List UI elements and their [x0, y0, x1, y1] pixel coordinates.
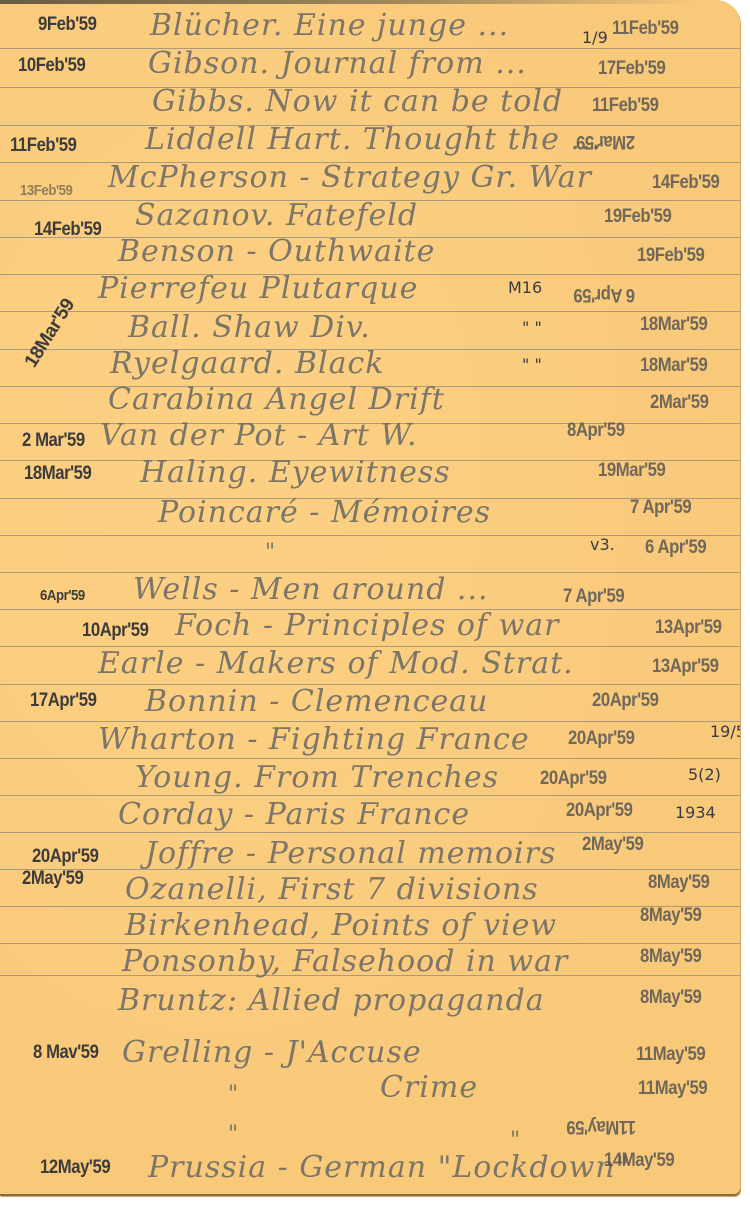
date-stamp: 2 Mar'59	[22, 430, 85, 452]
ditto-mark: "	[265, 540, 276, 565]
handwritten-entry: Van der Pot - Art W.	[100, 418, 418, 453]
date-stamp: 2May'59	[582, 834, 643, 856]
handwritten-entry: Ponsonby, Falsehood in war	[122, 944, 568, 979]
date-stamp: 12May'59	[40, 1157, 110, 1179]
date-stamp: 20Apr'59	[592, 690, 658, 712]
date-stamp: 11Feb'59	[612, 18, 678, 40]
date-stamp: 2Mar'59	[576, 130, 635, 152]
date-stamp: 7 Apr'59	[563, 586, 624, 608]
date-stamp: 8 Mav'59	[33, 1042, 99, 1064]
handwritten-entry: Corday - Paris France	[118, 797, 470, 832]
date-stamp: 14Feb'59	[652, 172, 719, 194]
date-stamp: 18Mar'59	[640, 355, 707, 377]
date-stamp: 11Feb'59	[10, 135, 76, 157]
date-stamp: 8Apr'59	[567, 420, 625, 442]
card-top-edge	[0, 0, 700, 4]
handwritten-entry: Blücher. Eine junge ...	[150, 8, 509, 43]
date-stamp: 19Feb'59	[604, 206, 671, 228]
margin-note: M16	[508, 278, 542, 297]
date-stamp: 8May'59	[640, 987, 701, 1009]
date-stamp: 11May'59	[636, 1044, 705, 1066]
handwritten-entry: Haling. Eyewitness	[140, 455, 451, 490]
date-stamp: 8May'59	[648, 872, 709, 894]
handwritten-entry: McPherson - Strategy Gr. War	[108, 160, 592, 195]
date-stamp: 6 Apr'59	[645, 537, 706, 559]
ditto-mark: "	[228, 1122, 239, 1147]
date-stamp: 17Feb'59	[598, 58, 665, 80]
handwritten-entry: Carabina Angel Drift	[108, 382, 445, 417]
date-stamp: 18Mar'59	[24, 463, 91, 485]
handwritten-entry: Birkenhead, Points of view	[125, 908, 557, 943]
date-stamp: 13Apr'59	[655, 617, 721, 639]
handwritten-entry: Gibson. Journal from ...	[148, 46, 527, 81]
handwritten-entry: Wharton - Fighting France	[98, 722, 530, 757]
date-stamp: 8May'59	[640, 946, 701, 968]
date-stamp: 8May'59	[640, 905, 701, 927]
date-stamp: 11May'59	[638, 1078, 707, 1100]
margin-note: v3.	[590, 535, 615, 554]
ditto-mark: "	[228, 1082, 239, 1107]
handwritten-entry: Gibbs. Now it can be told	[152, 84, 563, 119]
date-stamp: 14May'59	[604, 1150, 674, 1172]
handwritten-entry: Foch - Principles of war	[175, 608, 560, 643]
margin-note: 1934	[675, 803, 716, 822]
date-stamp: 10Feb'59	[18, 55, 85, 77]
handwritten-entry: Ball. Shaw Div.	[128, 310, 371, 345]
date-stamp: 13Apr'59	[652, 656, 718, 678]
date-stamp: 20Apr'59	[540, 768, 606, 790]
library-card: 9Feb'5910Feb'5911Feb'5913Feb'5914Feb'591…	[0, 0, 740, 1196]
handwritten-entry: Ozanelli, First 7 divisions	[125, 872, 539, 907]
date-stamp: 18Mar'59	[640, 314, 707, 336]
date-stamp: 7 Apr'59	[630, 497, 691, 519]
handwritten-entry: Sazanov. Fatefeld	[135, 198, 418, 233]
handwritten-entry: Ryelgaard. Black	[110, 346, 384, 381]
date-stamp: 17Apr'59	[30, 690, 96, 712]
handwritten-entry: Prussia - German "Lockdown"	[148, 1150, 630, 1185]
handwritten-entry: Grelling - J'Accuse	[122, 1035, 422, 1070]
handwritten-entry: Liddell Hart. Thought the ...	[145, 122, 602, 157]
date-stamp: 19Feb'59	[637, 245, 704, 267]
handwritten-entry: Young. From Trenches	[135, 760, 499, 795]
date-stamp: 19Mar'59	[598, 460, 665, 482]
handwritten-entry: Poincaré - Mémoires	[158, 495, 491, 530]
handwritten-entry: Benson - Outhwaite	[118, 234, 435, 269]
date-stamp: 11Feb'59	[592, 95, 658, 117]
handwritten-entry: Pierrefeu Plutarque	[98, 271, 418, 306]
ruled-line	[0, 535, 740, 536]
date-stamp: 6 Apr'59	[574, 283, 635, 305]
margin-note: 1/9	[582, 28, 608, 47]
margin-note: 5(2)	[688, 765, 721, 784]
date-stamp: 20Apr'59	[566, 800, 632, 822]
date-stamp: 10Apr'59	[82, 620, 148, 642]
date-stamp: 20Apr'59	[568, 728, 634, 750]
date-stamp: 11May'59	[567, 1115, 636, 1137]
date-stamp: 6Apr'59	[40, 587, 85, 604]
date-stamp: 2Mar'59	[650, 392, 709, 414]
ruled-line	[0, 795, 740, 796]
date-stamp: 18Mar'59	[21, 295, 80, 372]
margin-note: 19/5	[710, 722, 740, 741]
date-stamp: 13Feb'59	[20, 182, 72, 199]
margin-note: " "	[522, 318, 542, 337]
handwritten-entry: Earle - Makers of Mod. Strat.	[98, 646, 574, 681]
date-stamp: 20Apr'59	[32, 846, 98, 868]
handwritten-entry: Bruntz: Allied propaganda	[118, 983, 545, 1018]
ruled-line	[0, 758, 740, 759]
handwritten-entry: Bonnin - Clemenceau	[145, 684, 488, 719]
ruled-line	[0, 832, 740, 833]
handwritten-entry: Wells - Men around ...	[133, 572, 489, 607]
margin-note: " "	[522, 355, 542, 374]
ditto-mark: "	[510, 1128, 521, 1153]
date-stamp: 2May'59	[22, 868, 83, 890]
date-stamp: 14Feb'59	[34, 219, 101, 241]
handwritten-entry: Joffre - Personal memoirs	[145, 836, 556, 871]
date-stamp: 9Feb'59	[38, 14, 97, 36]
handwritten-entry: Crime	[380, 1070, 478, 1105]
